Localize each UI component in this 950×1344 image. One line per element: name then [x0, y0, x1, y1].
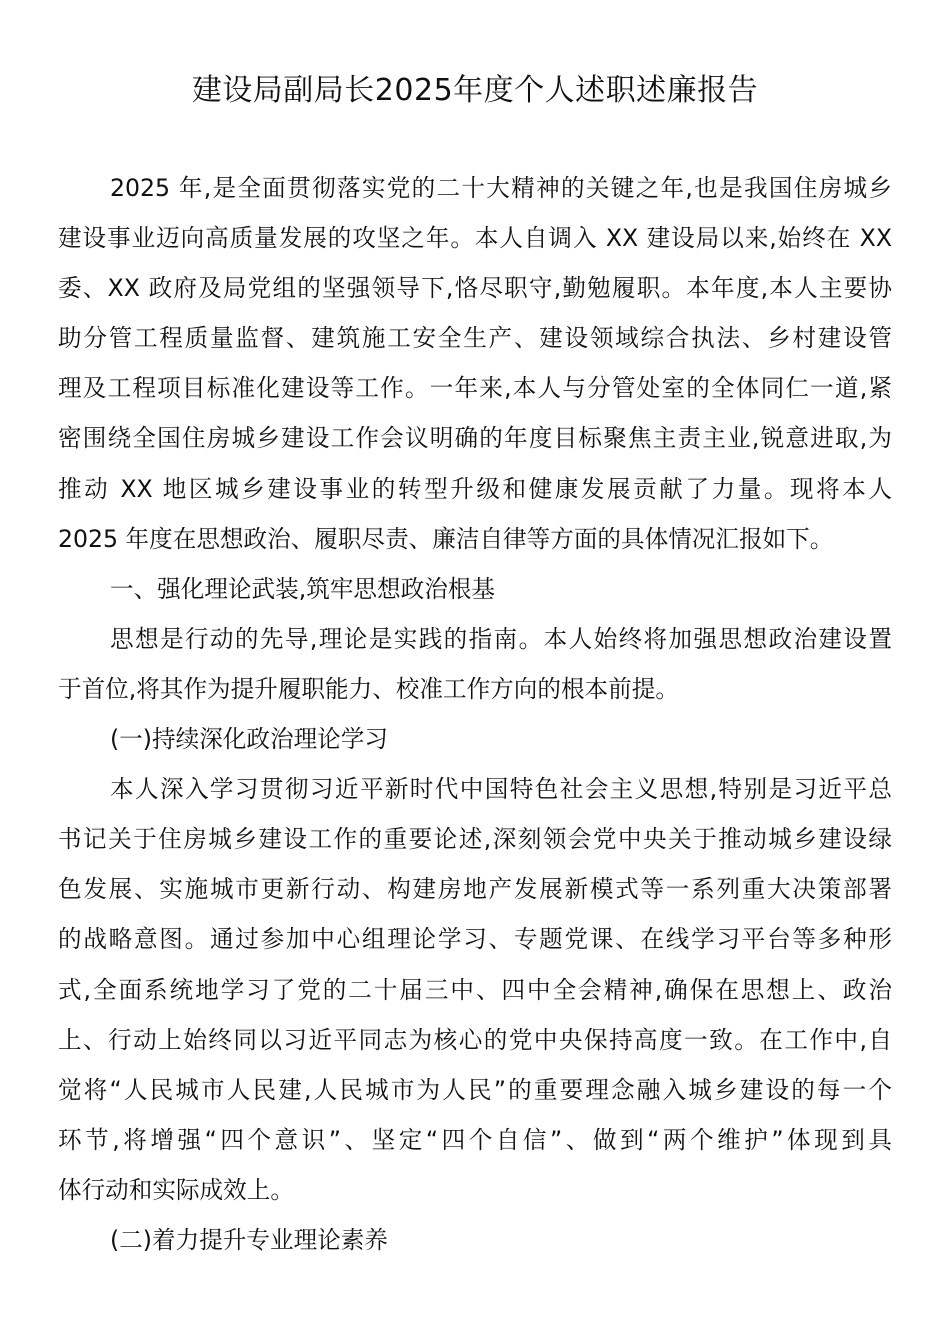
document-title: 建设局副局长2025年度个人述职述廉报告: [0, 66, 950, 116]
paragraph-line: 委、XX 政府及局党组的坚强领导下,恪尽职守,勤勉履职。本年度,本人主要协: [58, 263, 892, 313]
paragraph-line: 助分管工程质量监督、建筑施工安全生产、建设领域综合执法、乡村建设管: [58, 313, 892, 363]
paragraph-line: 理及工程项目标准化建设等工作。一年来,本人与分管处室的全体同仁一道,紧: [58, 363, 892, 413]
section-heading: 一、强化理论武装,筑牢思想政治根基: [58, 564, 892, 614]
paragraph-line: 2025 年,是全面贯彻落实党的二十大精神的关键之年,也是我国住房城乡: [58, 163, 892, 213]
paragraph-line: 觉将“人民城市人民建,人民城市为人民”的重要理念融入城乡建设的每一个: [58, 1065, 892, 1115]
paragraph-line: 色发展、实施城市更新行动、构建房地产发展新模式等一系列重大决策部署: [58, 864, 892, 914]
paragraph-line: 体行动和实际成效上。: [58, 1165, 892, 1215]
paragraph-line: 环节,将增强“四个意识”、坚定“四个自信”、做到“两个维护”体现到具: [58, 1115, 892, 1165]
subsection-heading: (二)着力提升专业理论素养: [58, 1215, 892, 1265]
paragraph-line: 建设事业迈向高质量发展的攻坚之年。本人自调入 XX 建设局以来,始终在 XX: [58, 213, 892, 263]
paragraph-line: 推动 XX 地区城乡建设事业的转型升级和健康发展贡献了力量。现将本人: [58, 464, 892, 514]
paragraph-line: 本人深入学习贯彻习近平新时代中国特色社会主义思想,特别是习近平总: [58, 764, 892, 814]
paragraph-line: 书记关于住房城乡建设工作的重要论述,深刻领会党中央关于推动城乡建设绿: [58, 814, 892, 864]
paragraph-line: 的战略意图。通过参加中心组理论学习、专题党课、在线学习平台等多种形: [58, 914, 892, 964]
paragraph-line: 式,全面系统地学习了党的二十届三中、四中全会精神,确保在思想上、政治: [58, 965, 892, 1015]
paragraph-line: 2025 年度在思想政治、履职尽责、廉洁自律等方面的具体情况汇报如下。: [58, 514, 892, 564]
paragraph-line: 上、行动上始终同以习近平同志为核心的党中央保持高度一致。在工作中,自: [58, 1015, 892, 1065]
subsection-heading: (一)持续深化政治理论学习: [58, 714, 892, 764]
paragraph-line: 密围绕全国住房城乡建设工作会议明确的年度目标聚焦主责主业,锐意进取,为: [58, 413, 892, 463]
document-body: 2025 年,是全面贯彻落实党的二十大精神的关键之年,也是我国住房城乡 建设事业…: [58, 163, 892, 1265]
paragraph-line: 于首位,将其作为提升履职能力、校准工作方向的根本前提。: [58, 664, 892, 714]
document-page: 建设局副局长2025年度个人述职述廉报告 2025 年,是全面贯彻落实党的二十大…: [0, 0, 950, 1344]
paragraph-line: 思想是行动的先导,理论是实践的指南。本人始终将加强思想政治建设置: [58, 614, 892, 664]
